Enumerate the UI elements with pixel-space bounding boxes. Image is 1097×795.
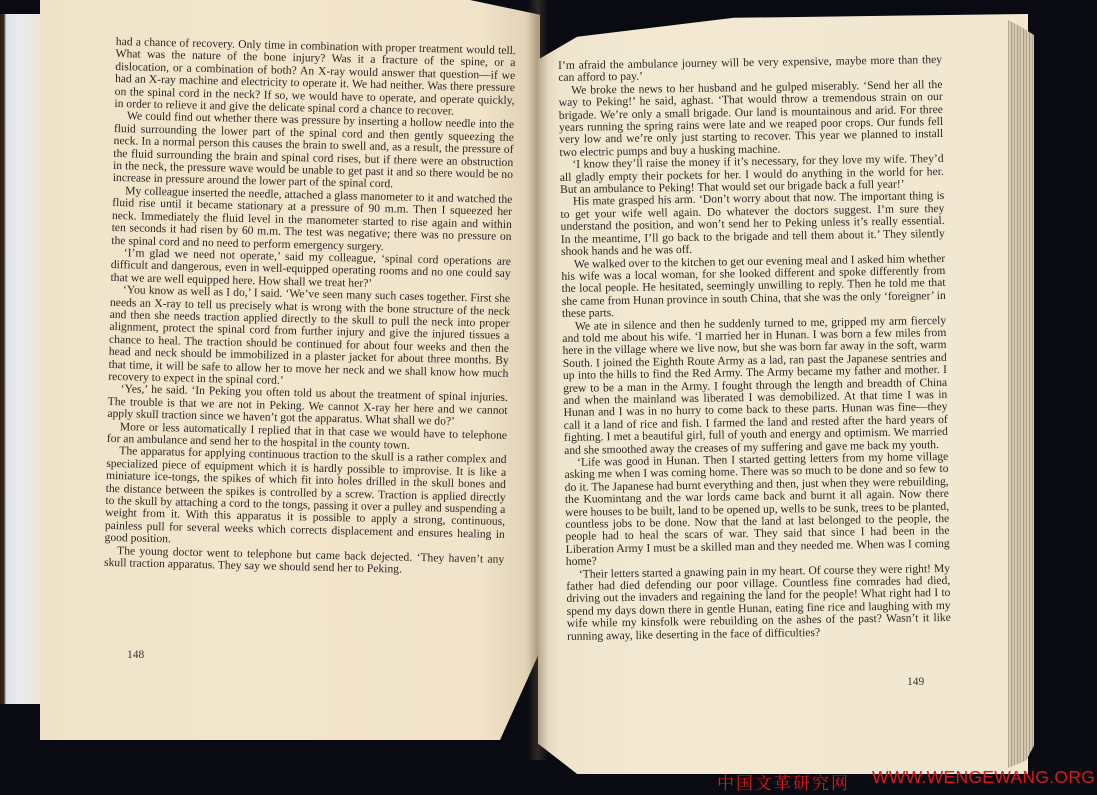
paragraph: We could find out whether there was pres… xyxy=(113,110,515,193)
book-spine-gutter xyxy=(528,0,548,760)
paragraph: had a chance of recovery. Only time in c… xyxy=(114,36,516,119)
book-photo: had a chance of recovery. Only time in c… xyxy=(0,0,1097,795)
paragraph: ‘You know as well as I do,’ I said. ‘We’… xyxy=(108,284,510,392)
right-page-number: 149 xyxy=(907,676,924,688)
paragraph: My colleague inserted the needle, attach… xyxy=(111,185,512,256)
left-page-text: had a chance of recovery. Only time in c… xyxy=(104,36,516,578)
paragraph: We broke the news to her husband and he … xyxy=(558,79,943,159)
paragraph: ‘Life was good in Hunan. Then I started … xyxy=(564,451,950,569)
right-page-text: I’m afraid the ambulance journey will be… xyxy=(558,54,951,643)
right-page-stack-edge xyxy=(1008,20,1034,768)
left-page-number: 148 xyxy=(127,649,144,661)
watermark-chinese-site-name: 中国文革研究网 xyxy=(717,769,850,793)
paragraph: His mate grasped his arm. ‘Don’t worry a… xyxy=(560,190,945,258)
paragraph: We walked over to the kitchen to get our… xyxy=(561,252,946,320)
watermark-url: WWW.WENGEWANG.ORG xyxy=(872,767,1095,791)
paragraph: The apparatus for applying continuous tr… xyxy=(104,445,506,553)
paragraph: We ate in silence and then he suddenly t… xyxy=(562,314,948,456)
paragraph: ‘Their letters started a gnawing pain in… xyxy=(566,563,951,643)
